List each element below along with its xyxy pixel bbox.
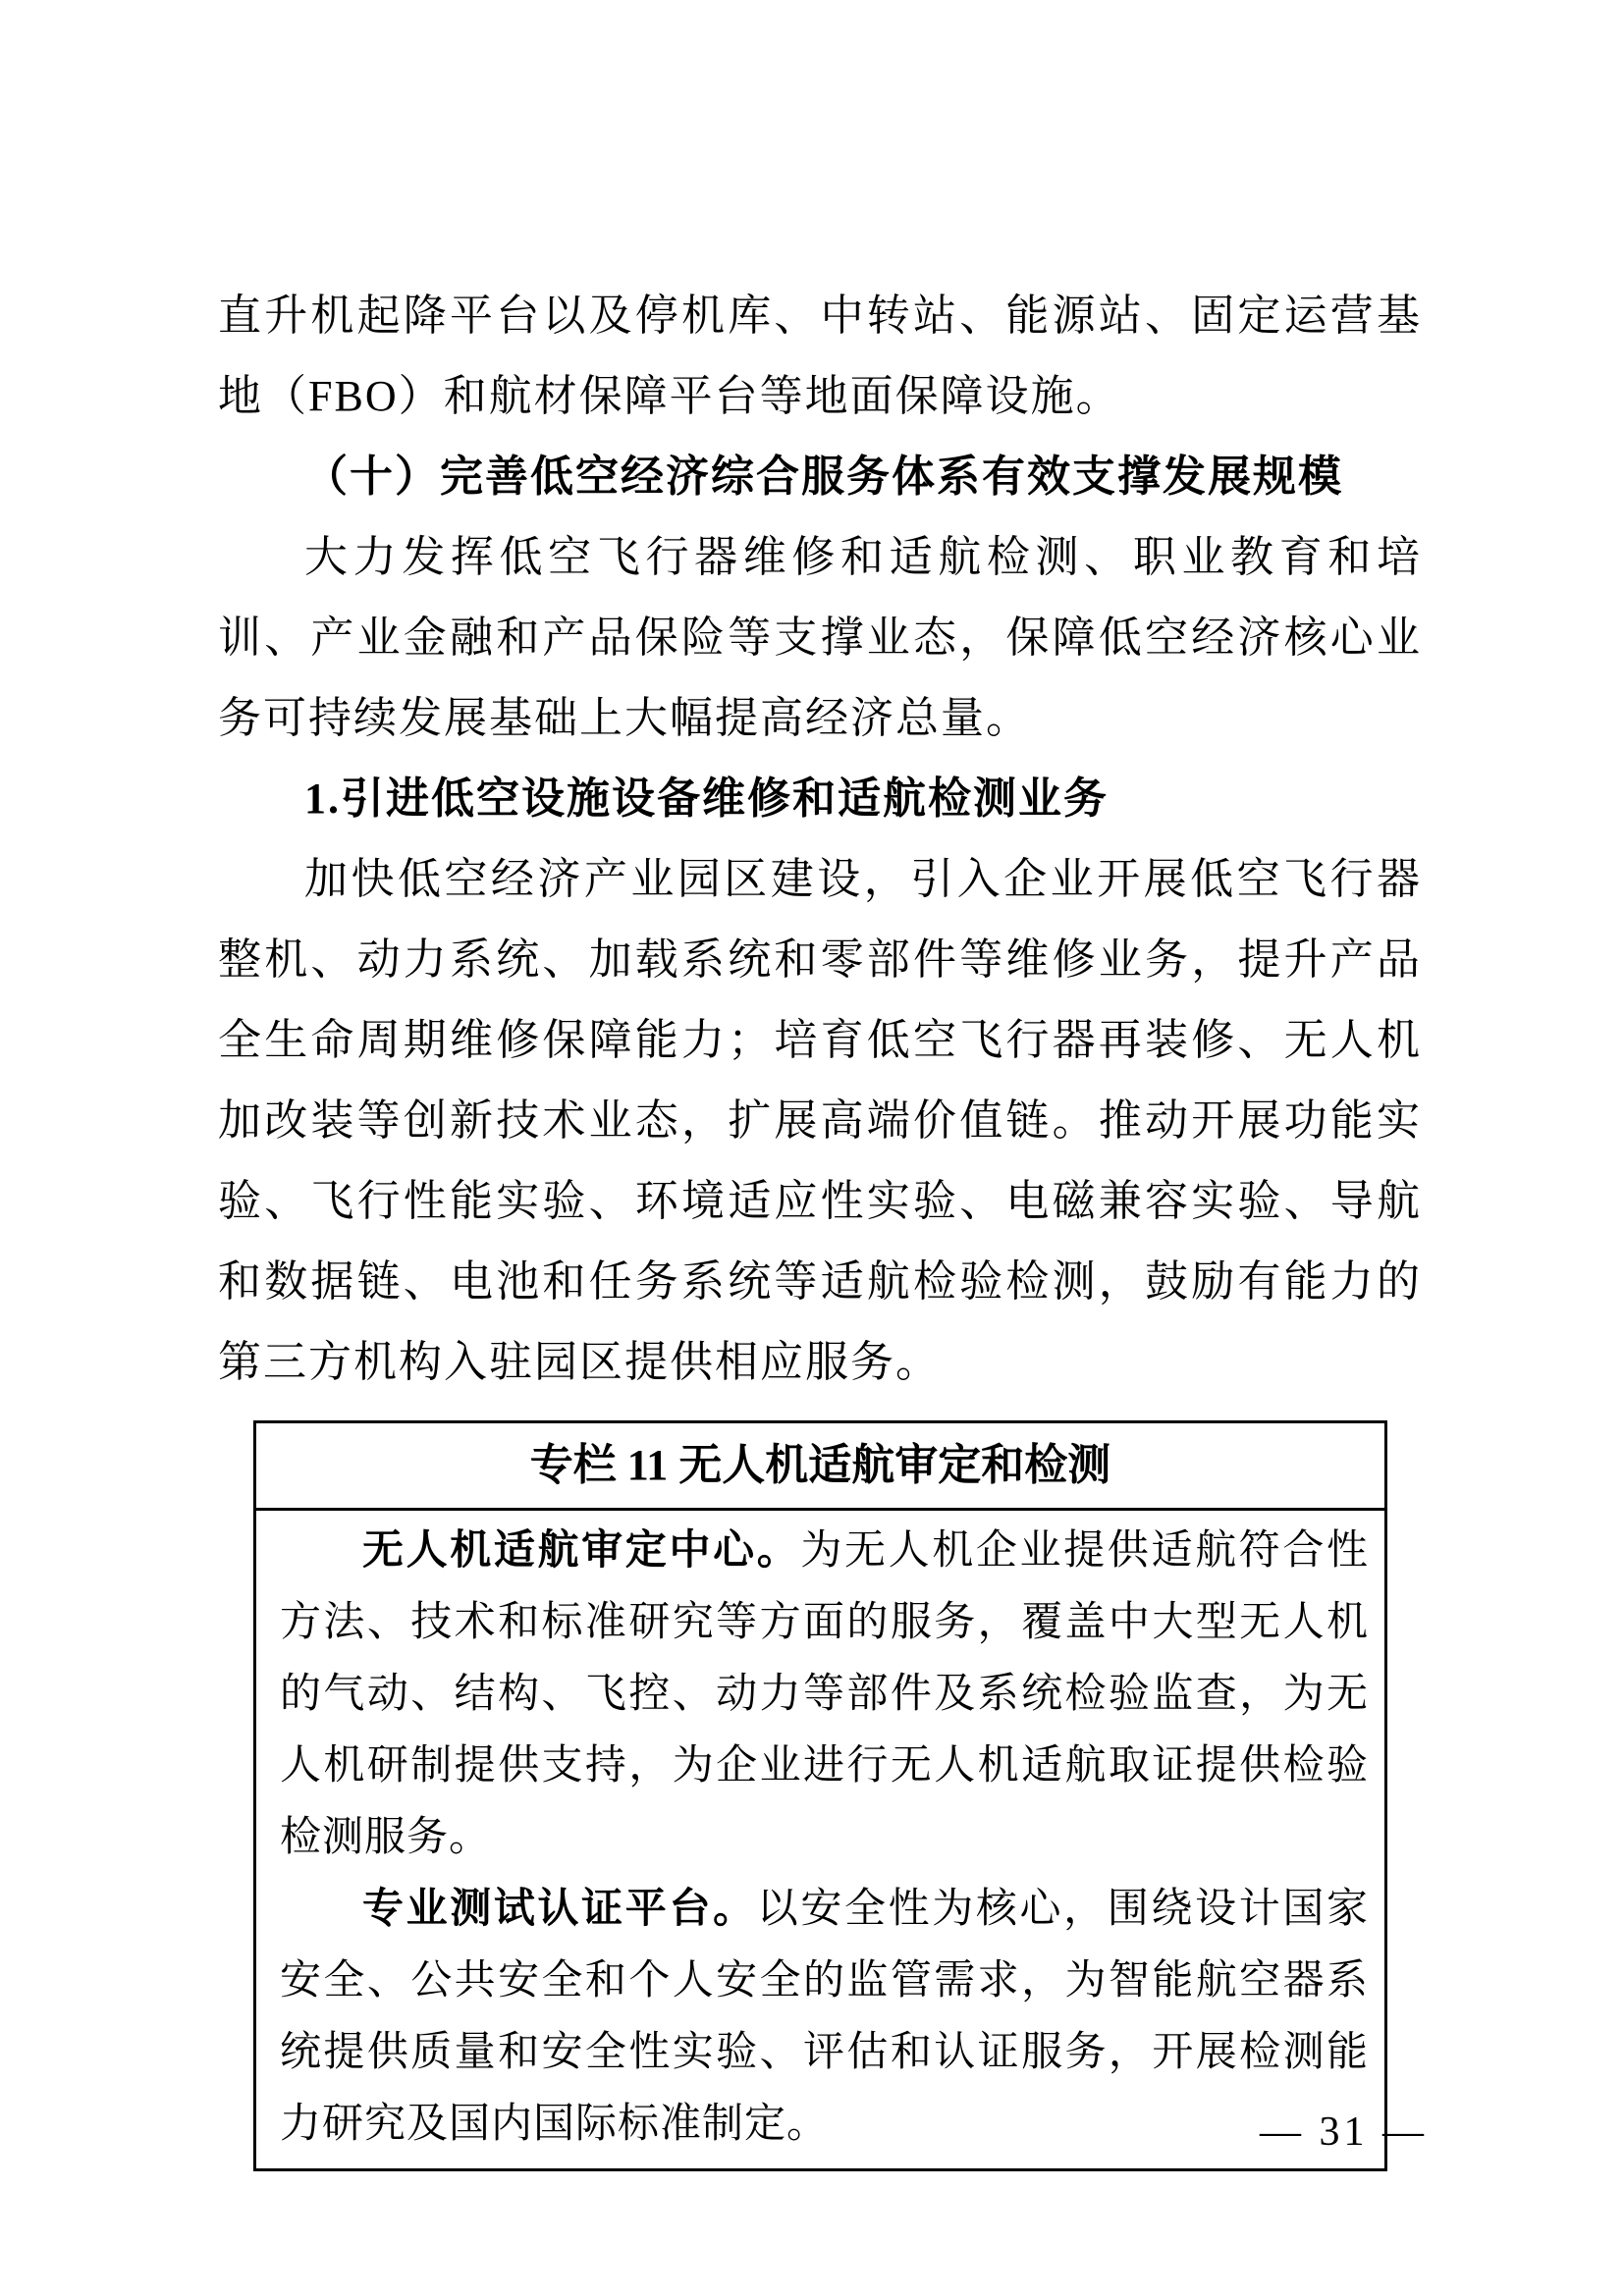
page-number: — 31 —: [1260, 2109, 1428, 2156]
paragraph: 大力发挥低空飞行器维修和适航检测、职业教育和培训、产业金融和产品保险等支撑业态，…: [218, 517, 1422, 759]
document-content: 直升机起降平台以及停机库、中转站、能源站、固定运营基地（FBO）和航材保障平台等…: [218, 276, 1422, 2171]
callout-paragraph-lead: 专业测试认证平台。: [362, 1887, 757, 1932]
callout-box-title: 专栏 11 无人机适航审定和检测: [256, 1423, 1384, 1511]
document-page: 直升机起降平台以及停机库、中转站、能源站、固定运营基地（FBO）和航材保障平台等…: [0, 0, 1624, 2296]
callout-paragraph-lead: 无人机适航审定中心。: [362, 1528, 800, 1574]
callout-paragraph-text: 为无人机企业提供适航符合性方法、技术和标准研究等方面的服务，覆盖中大型无人机的气…: [280, 1528, 1369, 1860]
section-heading: （十）完善低空经济综合服务体系有效支撑发展规模: [218, 437, 1422, 517]
callout-box-body: 无人机适航审定中心。为无人机企业提供适航符合性方法、技术和标准研究等方面的服务，…: [256, 1511, 1384, 2168]
callout-paragraph: 专业测试认证平台。以安全性为核心，围绕设计国家安全、公共安全和个人安全的监管需求…: [280, 1874, 1369, 2161]
callout-paragraph: 无人机适航审定中心。为无人机企业提供适航符合性方法、技术和标准研究等方面的服务，…: [280, 1516, 1369, 1874]
paragraph-continuation: 直升机起降平台以及停机库、中转站、能源站、固定运营基地（FBO）和航材保障平台等…: [218, 276, 1422, 437]
paragraph: 加快低空经济产业园区建设，引入企业开展低空飞行器整机、动力系统、加载系统和零部件…: [218, 839, 1422, 1403]
numbered-heading: 1.引进低空设施设备维修和适航检测业务: [218, 759, 1422, 839]
callout-box: 专栏 11 无人机适航审定和检测 无人机适航审定中心。为无人机企业提供适航符合性…: [253, 1420, 1387, 2171]
